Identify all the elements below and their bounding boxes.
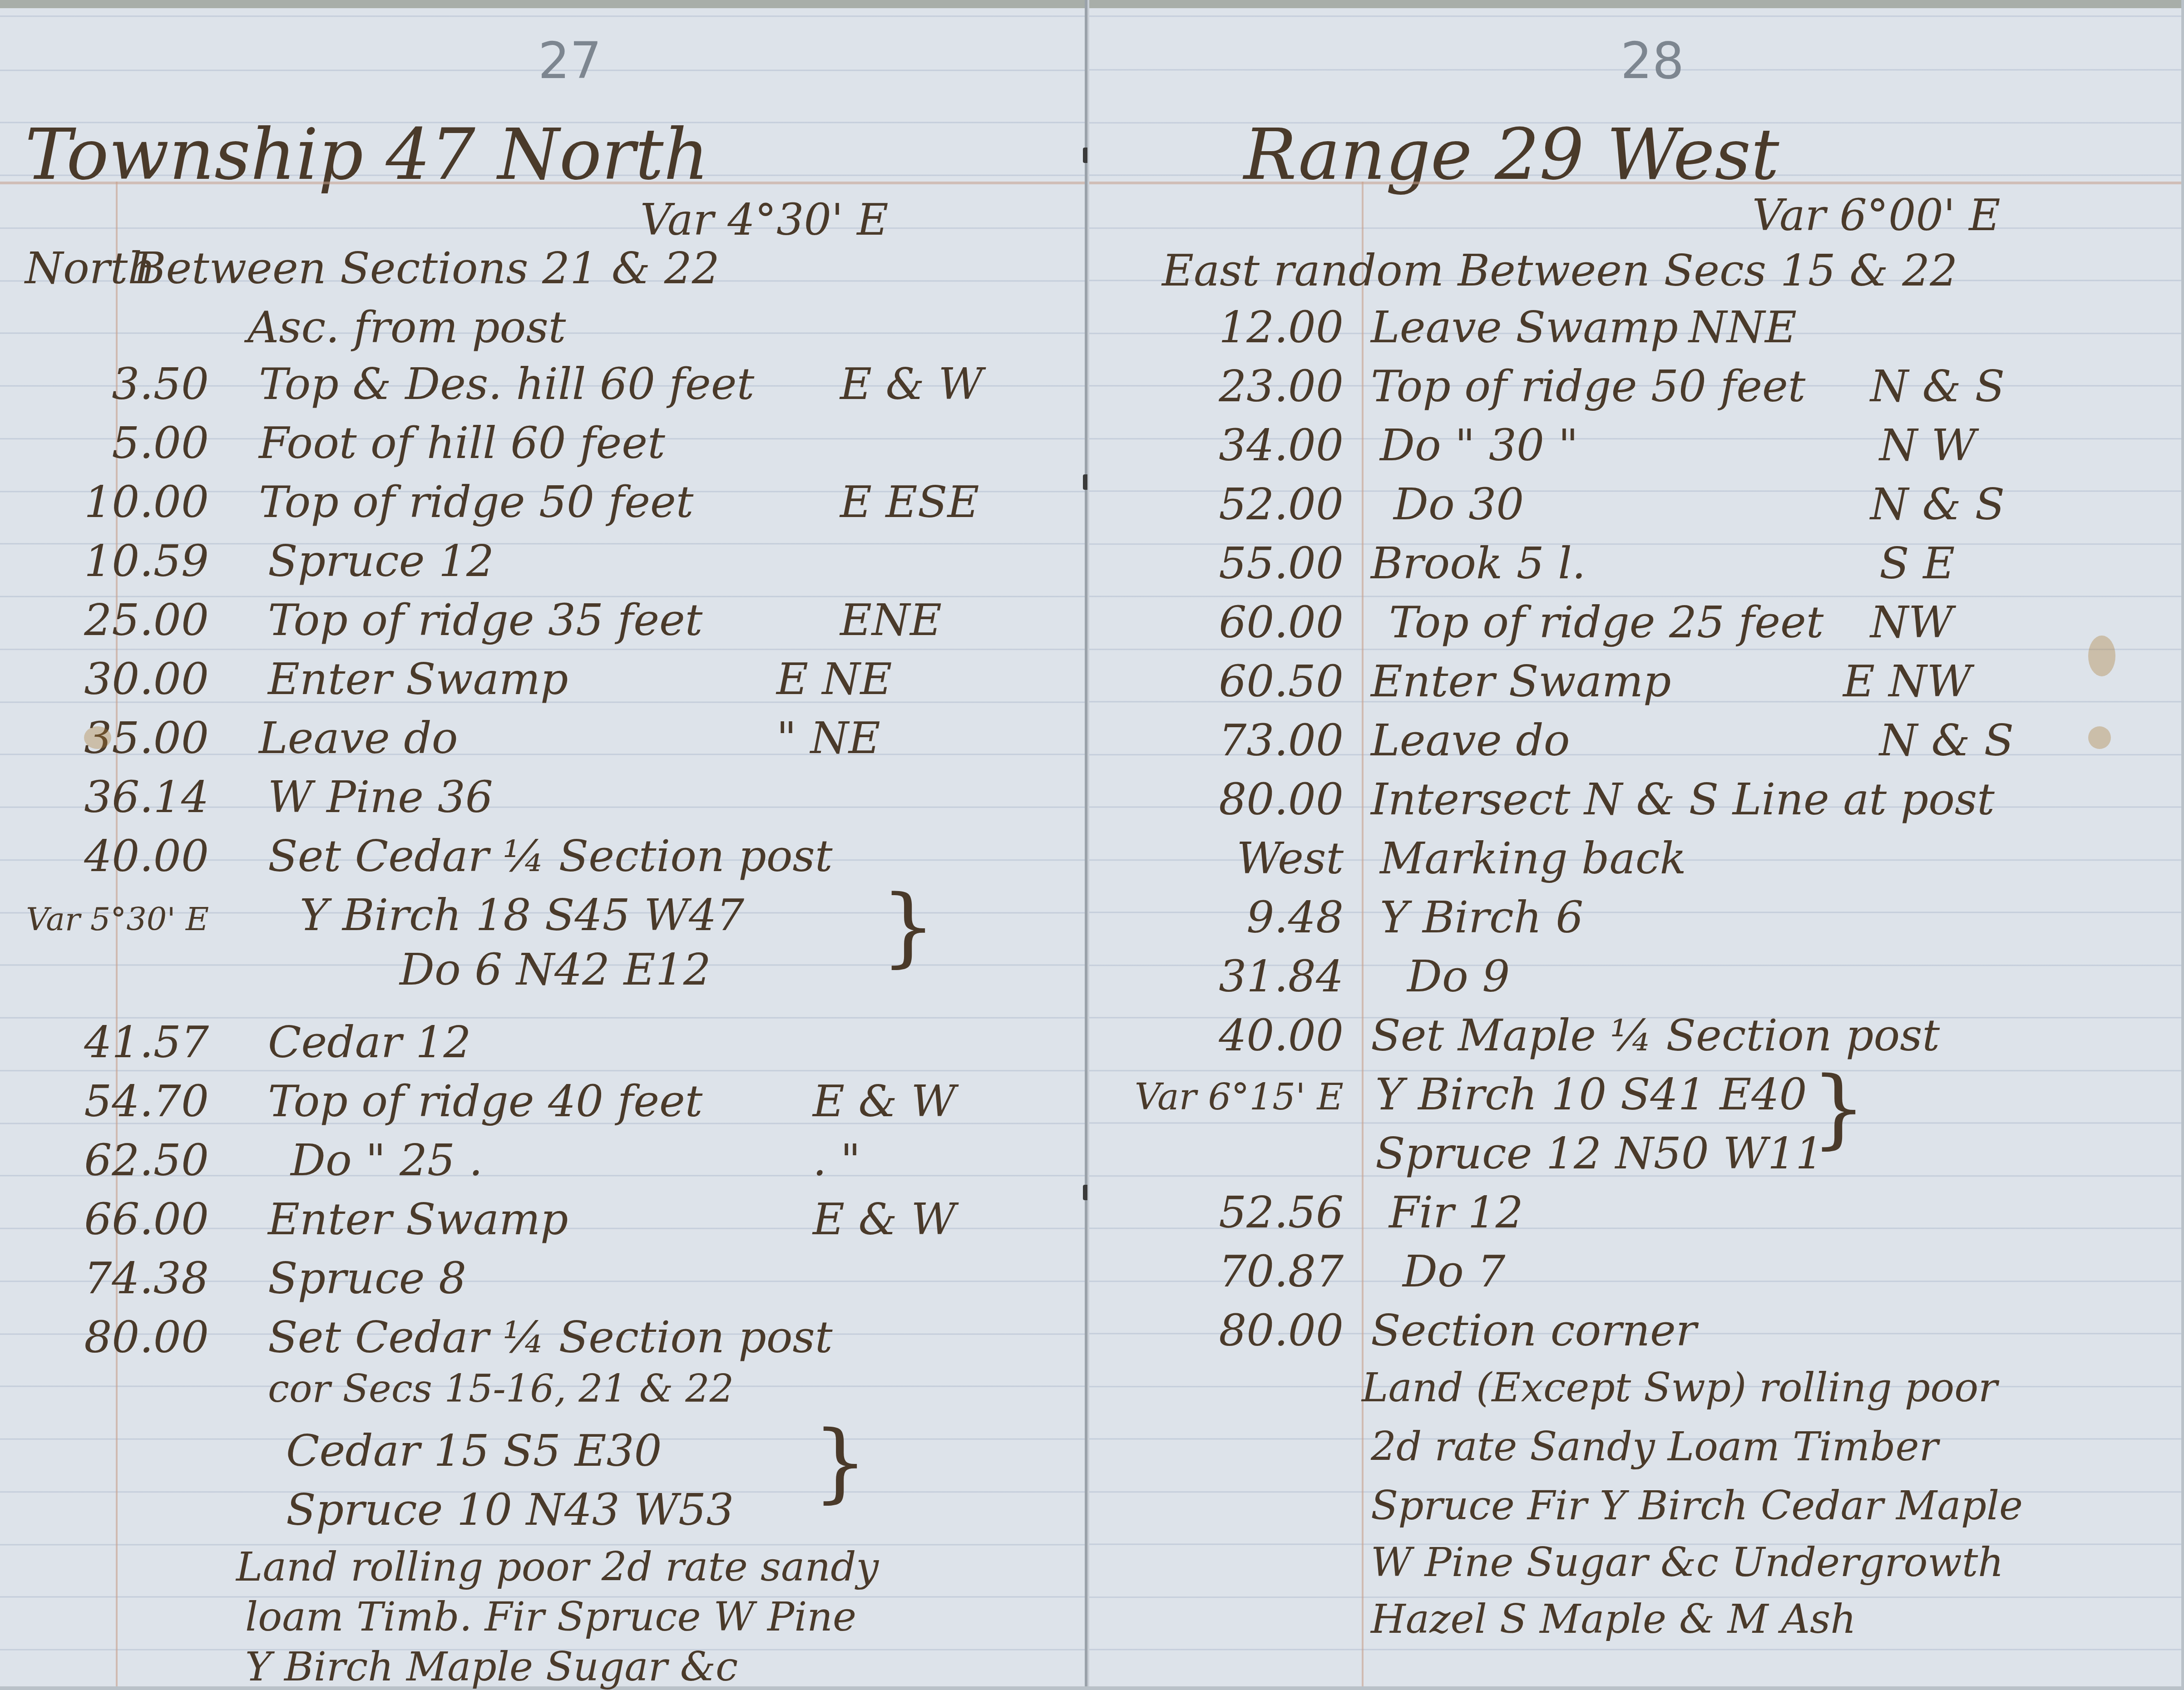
entry-note: Leave do — [259, 713, 776, 764]
bearing-tree-brace: } — [813, 1412, 868, 1512]
field-entry: 10.00 Top of ridge 50 feet E ESE — [18, 477, 979, 527]
entry-bearing: . " — [813, 1135, 860, 1186]
entry-note: Spruce 8 — [268, 1253, 840, 1304]
entry-distance: 41.57 — [18, 1017, 209, 1068]
entry-note: Top of ridge 50 feet — [259, 477, 840, 527]
entry-note: Y Birch 6 — [1380, 892, 2106, 943]
field-entry: 31.84 Do 9 — [1089, 951, 2088, 1002]
field-entry: 30.00 Enter Swamp E NE — [18, 654, 892, 705]
field-entry: Cedar 15 S5 E30 — [18, 1425, 831, 1476]
land-summary-line: Spruce Fir Y Birch Cedar Maple — [1371, 1482, 2023, 1529]
entry-bearing: " NE — [776, 713, 880, 764]
left-page: 27 Township 47 North Var 4°30' E North B… — [0, 0, 1087, 1686]
header-rule — [0, 182, 1085, 184]
field-entry: 80.00 Intersect N & S Line at post — [1089, 774, 2143, 825]
entry-bearing: E & W — [813, 1194, 956, 1245]
entry-note: cor Secs 15-16, 21 & 22 — [268, 1366, 840, 1411]
entry-distance: 52.56 — [1089, 1187, 1344, 1238]
page-top-edge — [1089, 0, 2181, 8]
land-summary-line: 2d rate Sandy Loam Timber — [1371, 1423, 1938, 1470]
entry-note: Enter Swamp — [268, 1194, 813, 1245]
land-summary-line: Land (Except Swp) rolling poor — [1362, 1364, 1997, 1411]
bearing-tree-brace: } — [881, 876, 936, 976]
entry-bearing: N W — [1879, 420, 1976, 471]
entry-distance: 60.50 — [1089, 656, 1344, 707]
land-summary-line: W Pine Sugar &c Undergrowth — [1371, 1539, 2004, 1586]
entry-note: Top of ridge 40 feet — [268, 1076, 813, 1127]
field-entry: 23.00 Top of ridge 50 feet N & S — [1089, 361, 2005, 412]
field-entry: 36.14 W Pine 36 — [18, 772, 840, 823]
entry-bearing: ENE — [840, 595, 942, 645]
entry-distance: 3.50 — [18, 359, 209, 409]
entry-distance: 12.00 — [1089, 302, 1344, 353]
entry-distance: 23.00 — [1089, 361, 1344, 412]
entry-note: Do 7 — [1403, 1246, 2084, 1297]
line-title: Between Sections 21 & 22 — [134, 243, 720, 294]
entry-distance: 10.59 — [18, 536, 209, 586]
field-entry: 55.00 Brook 5 l. S E — [1089, 538, 1955, 589]
entry-note: Top of ridge 35 feet — [268, 595, 840, 645]
entry-distance: 40.00 — [18, 831, 209, 882]
field-entry: 62.50 Do " 25 . . " — [18, 1135, 860, 1186]
entry-note: Spruce 10 N43 W53 — [286, 1484, 831, 1535]
sub-heading: Asc. from post — [247, 302, 566, 353]
entry-variation: Var 5°30' E — [14, 901, 209, 938]
field-entry: 70.87 Do 7 — [1089, 1246, 2084, 1297]
entry-note: Marking back — [1380, 833, 2106, 884]
entry-distance: 25.00 — [18, 595, 209, 645]
entry-bearing: NW — [1870, 597, 1953, 648]
field-entry: 80.00 Set Cedar ¼ Section post — [18, 1312, 840, 1363]
entry-distance: 62.50 — [18, 1135, 209, 1186]
entry-note: Do " 25 . — [291, 1135, 813, 1186]
entry-distance: 31.84 — [1089, 951, 1344, 1002]
field-entry: 60.00 Top of ridge 25 feet NW — [1089, 597, 1953, 648]
entry-note: Top of ridge 50 feet — [1371, 361, 1870, 412]
entry-direction: West — [1089, 833, 1344, 884]
entry-bearing: S E — [1879, 538, 1955, 589]
entry-note: Cedar 15 S5 E30 — [286, 1425, 831, 1476]
entry-distance: 55.00 — [1089, 538, 1344, 589]
land-summary-line: Y Birch Maple Sugar &c — [245, 1643, 738, 1686]
field-entry: 54.70 Top of ridge 40 feet E & W — [18, 1076, 956, 1127]
page-top-edge — [0, 0, 1085, 8]
field-entry: 41.57 Cedar 12 — [18, 1017, 840, 1068]
entry-distance: 5.00 — [18, 418, 209, 468]
entry-bearing: E ESE — [840, 477, 979, 527]
entry-note: Set Cedar ¼ Section post — [268, 831, 840, 882]
entry-note: Section corner — [1371, 1305, 2097, 1356]
entry-note: Cedar 12 — [268, 1017, 840, 1068]
land-summary-line: loam Timb. Fir Spruce W Pine — [245, 1593, 856, 1640]
field-entry: Spruce 10 N43 W53 — [18, 1484, 831, 1535]
entry-note: Set Cedar ¼ Section post — [268, 1312, 840, 1363]
land-summary-line: Hazel S Maple & M Ash — [1371, 1596, 1856, 1642]
entry-note: Top of ridge 25 feet — [1389, 597, 1870, 648]
entry-distance: 66.00 — [18, 1194, 209, 1245]
entry-distance: 74.38 — [18, 1253, 209, 1304]
entry-distance: 36.14 — [18, 772, 209, 823]
entry-distance: 60.00 — [1089, 597, 1344, 648]
notebook-spread: 27 Township 47 North Var 4°30' E North B… — [0, 0, 2184, 1686]
entry-note: Brook 5 l. — [1371, 538, 1879, 589]
ink-stain — [2088, 726, 2111, 749]
entry-distance: 70.87 — [1089, 1246, 1344, 1297]
entry-note: Do " 30 " — [1380, 420, 1879, 471]
field-entry: 40.00 Set Cedar ¼ Section post — [18, 831, 840, 882]
entry-bearing: N & S — [1870, 479, 2005, 530]
page-number: 28 — [1621, 32, 1684, 90]
field-entry: 10.59 Spruce 12 — [18, 536, 840, 586]
field-entry: 40.00 Set Maple ¼ Section post — [1089, 1010, 2143, 1061]
entry-note: Spruce 12 — [268, 536, 840, 586]
page-number: 27 — [538, 32, 602, 90]
ink-stain — [84, 726, 111, 749]
entry-note: Foot of hill 60 feet — [259, 418, 840, 468]
entry-variation: Var 6°15' E — [1089, 1076, 1344, 1118]
entry-distance: 30.00 — [18, 654, 209, 705]
field-entry: Spruce 12 N50 W11 — [1089, 1128, 2056, 1179]
entry-bearing: E & W — [840, 359, 983, 409]
ink-stain — [2088, 636, 2115, 676]
line-title-row: East random Between Secs 15 & 22 — [1162, 245, 1957, 296]
entry-note: Do 30 — [1393, 479, 1870, 530]
entry-bearing: E NW — [1843, 656, 1972, 707]
entry-bearing: NNE — [1689, 302, 1797, 353]
field-entry: cor Secs 15-16, 21 & 22 — [18, 1366, 840, 1411]
entry-bearing: N & S — [1879, 715, 2014, 766]
field-entry: Var 5°30' E Y Birch 18 S45 W47 — [14, 890, 872, 941]
field-entry: 74.38 Spruce 8 — [18, 1253, 840, 1304]
field-entry: 80.00 Section corner — [1089, 1305, 2097, 1356]
land-summary-line: Land rolling poor 2d rate sandy — [236, 1543, 879, 1590]
field-entry: 9.48 Y Birch 6 — [1089, 892, 2106, 943]
entry-distance: 34.00 — [1089, 420, 1344, 471]
entry-note: Y Birch 10 S41 E40 — [1375, 1069, 2056, 1120]
line-title-row: North Between Sections 21 & 22 — [25, 243, 720, 294]
magnetic-variation: Var 6°00' E — [1752, 191, 2001, 241]
entry-note: Enter Swamp — [268, 654, 776, 705]
entry-note: Top & Des. hill 60 feet — [259, 359, 840, 409]
entry-distance: 10.00 — [18, 477, 209, 527]
field-entry: 73.00 Leave do N & S — [1089, 715, 2014, 766]
entry-bearing: N & S — [1870, 361, 2005, 412]
entry-distance: 54.70 — [18, 1076, 209, 1127]
entry-note: Do 6 N42 E12 — [400, 944, 854, 995]
entry-note: Leave do — [1371, 715, 1879, 766]
field-entry: 35.00 Leave do " NE — [18, 713, 880, 764]
field-entry: 52.56 Fir 12 — [1089, 1187, 2070, 1238]
field-entry: 52.00 Do 30 N & S — [1089, 479, 2005, 530]
field-entry: Var 6°15' E Y Birch 10 S41 E40 — [1089, 1069, 2056, 1120]
field-entry: Do 6 N42 E12 — [18, 944, 854, 995]
field-entry: 66.00 Enter Swamp E & W — [18, 1194, 956, 1245]
header-rule — [1089, 182, 2181, 184]
entry-note: Intersect N & S Line at post — [1371, 774, 2143, 825]
right-page: 28 Range 29 West Var 6°00' E East random… — [1087, 0, 2181, 1686]
entry-note: W Pine 36 — [268, 772, 840, 823]
entry-distance: 80.00 — [1089, 1305, 1344, 1356]
field-entry: West Marking back — [1089, 833, 2106, 884]
entry-bearing: E NE — [776, 654, 892, 705]
entry-note: Enter Swamp — [1371, 656, 1843, 707]
entry-distance: 80.00 — [18, 1312, 209, 1363]
field-entry: 12.00 Leave Swamp NNE — [1089, 302, 1797, 353]
field-entry: 25.00 Top of ridge 35 feet ENE — [18, 595, 942, 645]
field-entry: 5.00 Foot of hill 60 feet — [18, 418, 840, 468]
sub-heading-text: Asc. from post — [247, 302, 566, 353]
entry-distance: 9.48 — [1089, 892, 1344, 943]
field-entry: 60.50 Enter Swamp E NW — [1089, 656, 1972, 707]
entry-note: Do 9 — [1407, 951, 2088, 1002]
field-entry: 3.50 Top & Des. hill 60 feet E & W — [18, 359, 983, 409]
entry-distance: 73.00 — [1089, 715, 1344, 766]
entry-distance: 40.00 — [1089, 1010, 1344, 1061]
entry-note: Y Birch 18 S45 W47 — [300, 890, 872, 941]
entry-distance: 80.00 — [1089, 774, 1344, 825]
entry-note: Spruce 12 N50 W11 — [1375, 1128, 2056, 1179]
entry-note: Leave Swamp — [1371, 302, 1689, 353]
entry-bearing: E & W — [813, 1076, 956, 1127]
bearing-tree-brace: } — [1811, 1058, 1866, 1158]
entry-distance: 35.00 — [18, 713, 209, 764]
magnetic-variation: Var 4°30' E — [640, 195, 889, 245]
line-direction: North — [25, 243, 125, 294]
entry-note: Fir 12 — [1389, 1187, 2070, 1238]
entry-note: Set Maple ¼ Section post — [1371, 1010, 2143, 1061]
field-entry: 34.00 Do " 30 " N W — [1089, 420, 1976, 471]
line-title: East random Between Secs 15 & 22 — [1162, 245, 1957, 296]
entry-distance: 52.00 — [1089, 479, 1344, 530]
